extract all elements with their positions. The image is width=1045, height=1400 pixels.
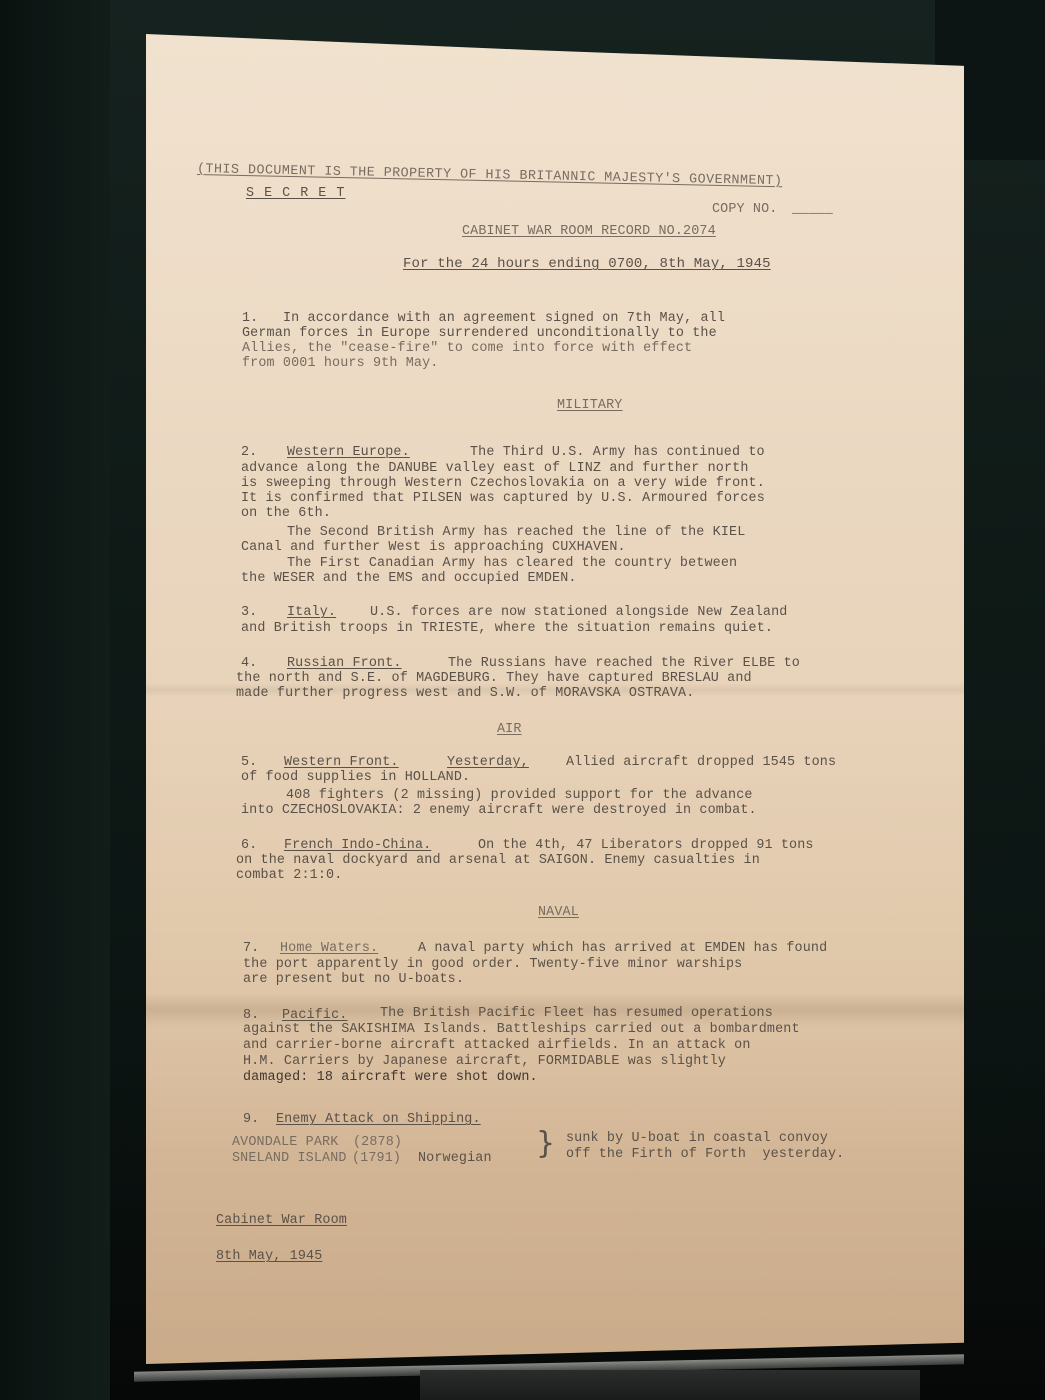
para-heading: Pacific. <box>282 1008 348 1023</box>
para-number: 2. <box>241 445 257 460</box>
ship-tonnage: (1791) <box>352 1151 401 1166</box>
para-line: H.M. Carriers by Japanese aircraft, FORM… <box>243 1054 726 1069</box>
para-number: 3. <box>241 605 257 620</box>
para-number: 9. <box>243 1112 259 1127</box>
para-line: and carrier-borne aircraft attacked airf… <box>243 1038 751 1053</box>
para-line: made further progress west and S.W. of M… <box>236 686 694 701</box>
section-military: MILITARY <box>557 398 623 413</box>
para-heading: Home Waters. <box>280 941 378 956</box>
para-line: A naval party which has arrived at EMDEN… <box>418 941 827 956</box>
para-line: The British Pacific Fleet has resumed op… <box>380 1006 773 1021</box>
para-line: 408 fighters (2 missing) provided suppor… <box>286 788 753 803</box>
para-line: In accordance with an agreement signed o… <box>283 311 725 326</box>
para-line: on the naval dockyard and arsenal at SAI… <box>236 853 760 868</box>
copy-no-value: _____ <box>792 202 833 217</box>
para-line: combat 2:1:0. <box>236 868 342 883</box>
signature-date: 8th May, 1945 <box>216 1249 322 1264</box>
para-line: the WESER and the EMS and occupied EMDEN… <box>241 571 577 586</box>
para-number: 6. <box>241 838 257 853</box>
para-line: On the 4th, 47 Liberators dropped 91 ton… <box>478 838 814 853</box>
para-line: Allied aircraft dropped 1545 tons <box>566 755 836 770</box>
para-line: against the SAKISHIMA Islands. Battleshi… <box>243 1022 800 1037</box>
para-line: The First Canadian Army has cleared the … <box>287 556 737 571</box>
para-heading: Yesterday, <box>447 755 529 770</box>
para-heading: French Indo-China. <box>284 838 431 853</box>
document-title: CABINET WAR ROOM RECORD NO.2074 <box>462 224 716 239</box>
para-line: Allies, the "cease-fire" to come into fo… <box>242 341 692 356</box>
para-line: U.S. forces are now stationed alongside … <box>370 605 787 620</box>
para-line: from 0001 hours 9th May. <box>242 356 438 371</box>
para-line: are present but no U-boats. <box>243 972 464 987</box>
typed-document: (THIS DOCUMENT IS THE PROPERTY OF HIS BR… <box>0 0 1045 1400</box>
classification: S E C R E T <box>246 186 345 201</box>
para-line: The Second British Army has reached the … <box>287 525 745 540</box>
document-subtitle: For the 24 hours ending 0700, 8th May, 1… <box>403 257 771 272</box>
para-line: of food supplies in HOLLAND. <box>241 770 470 785</box>
para-line: the port apparently in good order. Twent… <box>243 957 742 972</box>
ship-tonnage: (2878) <box>353 1135 402 1150</box>
para-heading: Italy. <box>287 605 336 620</box>
brace-icon: } <box>536 1129 555 1159</box>
para-number: 7. <box>243 941 259 956</box>
signature-origin: Cabinet War Room <box>216 1213 347 1228</box>
para-line: off the Firth of Forth yesterday. <box>566 1147 844 1162</box>
para-heading: Western Europe. <box>287 445 410 460</box>
para-line: Canal and further West is approaching CU… <box>241 540 626 555</box>
para-line: German forces in Europe surrendered unco… <box>242 326 717 341</box>
section-naval: NAVAL <box>538 905 579 920</box>
para-line: It is confirmed that PILSEN was captured… <box>241 491 765 506</box>
para-line: sunk by U-boat in coastal convoy <box>566 1131 828 1146</box>
ship-nationality: Norwegian <box>418 1151 492 1166</box>
para-number: 4. <box>241 656 257 671</box>
para-line: damaged: 18 aircraft were shot down. <box>243 1070 538 1085</box>
para-line: into CZECHOSLOVAKIA: 2 enemy aircraft we… <box>241 803 757 818</box>
para-line: and British troops in TRIESTE, where the… <box>241 621 773 636</box>
para-line: The Third U.S. Army has continued to <box>470 445 765 460</box>
para-line: the north and S.E. of MAGDEBURG. They ha… <box>236 671 752 686</box>
copy-no-label: COPY NO. <box>712 202 778 217</box>
para-heading: Russian Front. <box>287 656 402 671</box>
para-heading: Western Front. <box>284 755 399 770</box>
para-number: 5. <box>241 755 257 770</box>
para-line: advance along the DANUBE valley east of … <box>241 461 749 476</box>
para-line: on the 6th. <box>241 506 331 521</box>
para-line: The Russians have reached the River ELBE… <box>448 656 800 671</box>
ship-name: AVONDALE PARK <box>232 1135 338 1150</box>
para-number: 1. <box>242 311 258 326</box>
section-air: AIR <box>497 722 522 737</box>
para-heading: Enemy Attack on Shipping. <box>276 1112 481 1127</box>
para-line: is sweeping through Western Czechoslovak… <box>241 476 765 491</box>
para-number: 8. <box>243 1008 259 1023</box>
ship-name: SNELAND ISLAND <box>232 1151 347 1166</box>
